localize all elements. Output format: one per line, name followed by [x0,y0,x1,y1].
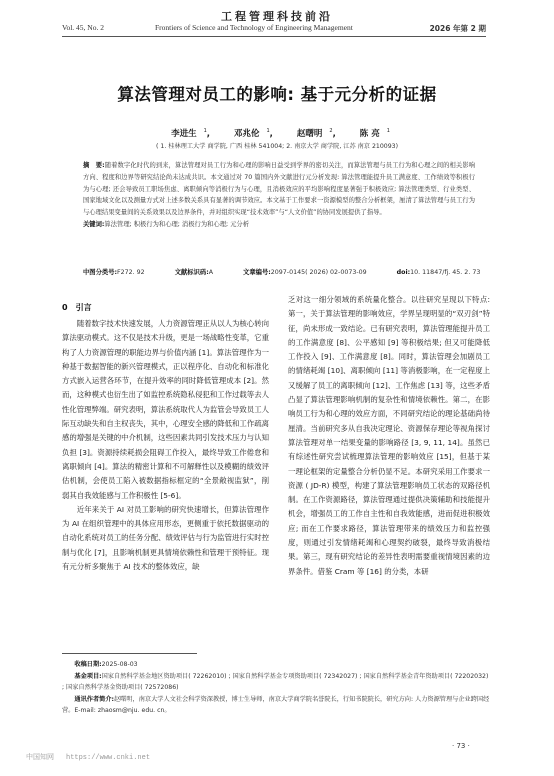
affiliation-mark: 1 [204,128,207,134]
paper-page: 工程管理科技前沿 Vol. 45, No. 2 Frontiers of Sci… [0,0,554,776]
paragraph: 近年来关于 AI 对员工影响的研究快速增长，但算法管理作为 AI 在组织管理中的… [62,503,269,574]
article-metadata: 中图分类号:F272. 92 文献标识码:A 文章编号:2097-0145( 2… [83,267,483,276]
article-no-value: 2097-0145( 2026) 02-0073-09 [271,269,367,276]
doi-value: 10. 11847/fj. 45. 2. 73 [410,269,480,276]
section-heading-introduction: 0 引言 [62,302,92,313]
author-name: 李进生 [171,129,197,139]
body-column-right: 乏对这一细分领域的系统量化整合。以往研究呈现以下特点: 第一，关于算法管理的影响… [288,293,490,579]
footnote-divider [62,653,197,654]
author: 李进生1, [164,129,210,139]
watermark: 中国知网https://www.cnki.net [26,752,150,762]
author-name: 赵曙明 [297,129,323,139]
doc-code-label: 文献标识码: [175,269,209,276]
author: 陈 亮1 [353,129,390,139]
author: 赵曙明2, [290,129,336,139]
volume-issue: Vol. 45, No. 2 [62,23,104,32]
journal-name-en: Frontiers of Science and Technology of E… [155,23,353,32]
clc-value: F272. 92 [117,269,145,276]
doc-code-value: A [209,269,213,276]
fund-text: 国家自然科学基金地区资助项目( 72262010) ; 国家自然科学基金专项资助… [62,673,488,692]
author: 邓兆伦1, [227,129,273,139]
affiliation-mark: 1 [387,128,390,134]
abstract-label: 摘 要: [83,162,105,169]
affiliation-mark: 2 [329,128,332,134]
received-date: 2025-08-03 [102,661,138,668]
received-label: 收稿日期: [74,661,101,668]
keywords: 算法管理; 积极行为和心理; 消极行为和心理; 元分析 [104,221,249,228]
page-number: · 73 · [452,742,470,750]
article-title: 算法管理对员工的影响: 基于元分析的证据 [0,81,554,105]
body-column-left: 随着数字技术快速发展，人力资源管理正从以人为核心转向算法驱动模式。这不仅是技术升… [62,317,269,574]
clc-label: 中图分类号: [83,269,117,276]
footnotes: 收稿日期:2025-08-03 基金项目:国家自然科学基金地区资助项目( 722… [62,659,492,717]
author-name: 陈 亮 [360,129,380,139]
watermark-url[interactable]: https://www.cnki.net [66,754,150,762]
corresponding-author-label: 通讯作者简介: [74,696,114,703]
fund-label: 基金项目: [74,673,101,680]
abstract: 摘 要:随着数字化时代的到来，算法管理对员工行为和心理的影响日益受到学界的密切关… [83,160,475,231]
header-divider [62,36,486,37]
corresponding-author-text: 赵曙明，南京大学人文社会科学资深教授，博士生导师，南京大学商学院名誉院长，行知书… [62,696,489,715]
abstract-text: 随着数字化时代的到来，算法管理对员工行为和心理的影响日益受到学界的密切关注，而算… [83,162,475,216]
doi-label: doi: [397,269,411,276]
paragraph: 随着数字技术快速发展，人力资源管理正从以人为核心转向算法驱动模式。这不仅是技术升… [62,317,269,503]
affiliation-mark: 1 [266,128,269,134]
keywords-label: 关键词: [83,221,104,228]
paragraph: 乏对这一细分领域的系统量化整合。以往研究呈现以下特点: 第一，关于算法管理的影响… [288,293,490,579]
article-no-label: 文章编号: [243,269,271,276]
journal-name-cn: 工程管理科技前沿 [0,8,554,24]
issue-label: 2026 年第 2 期 [430,23,486,34]
affiliations: ( 1. 桂林理工大学 商学院, 广西 桂林 541004; 2. 南京大学 商… [0,141,554,150]
watermark-site: 中国知网 [26,753,54,761]
author-name: 邓兆伦 [234,129,260,139]
author-list: 李进生1, 邓兆伦1, 赵曙明2, 陈 亮1 [0,127,554,139]
